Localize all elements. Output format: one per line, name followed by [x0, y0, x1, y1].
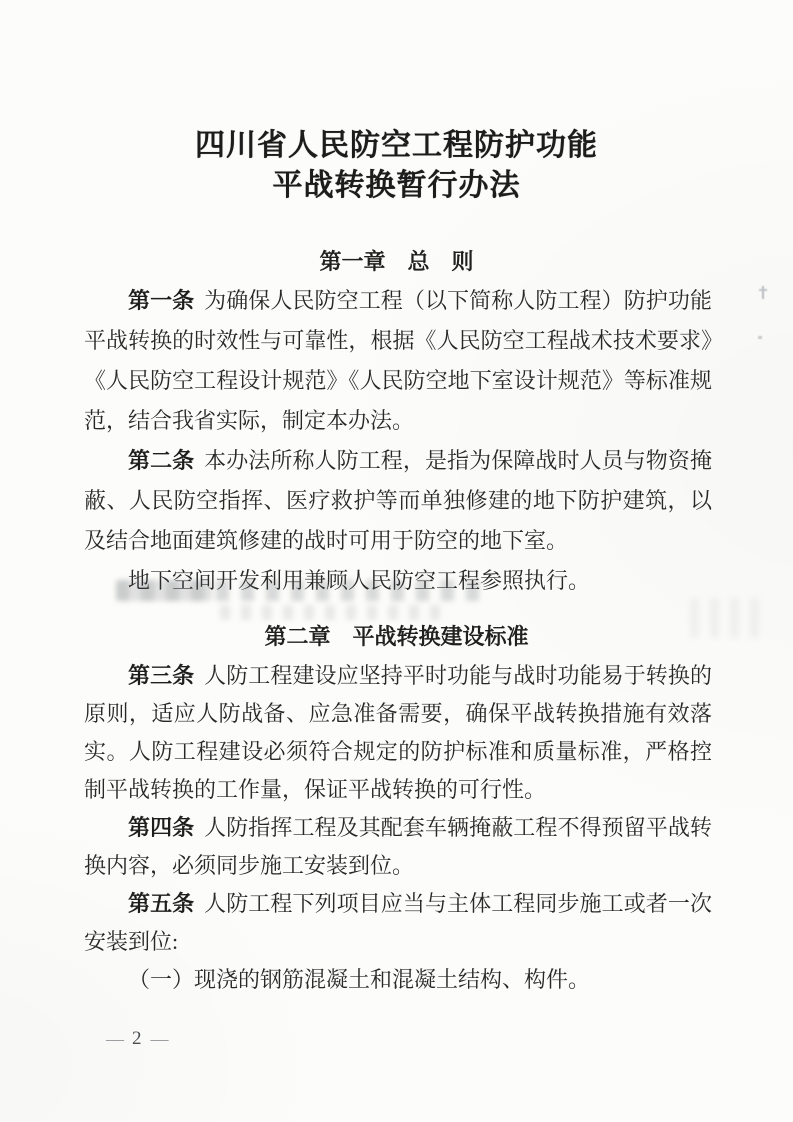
scanned-document-page: 四川省人民防空工程防护功能 平战转换暂行办法 第一章 总 则 第一条为确保人民防… [0, 0, 793, 1122]
article-2-number: 第二条 [128, 448, 194, 473]
paragraph-article-1: 第一条为确保人民防空工程（以下简称人防工程）防护功能平战转换的时效性与可靠性，根… [84, 281, 712, 441]
article-1-number: 第一条 [128, 288, 194, 313]
article-2-supplement-text: 地下空间开发利用兼顾人民防空工程参照执行。 [128, 568, 590, 593]
paragraph-article-5: 第五条人防工程下列项目应当与主体工程同步施工或者一次安装到位: [84, 885, 712, 961]
paragraph-article-2-supplement: 地下空间开发利用兼顾人民防空工程参照执行。 [84, 561, 712, 601]
item-1-text: （一）现浇的钢筋混凝土和混凝土结构、构件。 [128, 967, 590, 992]
article-5-number: 第五条 [128, 891, 194, 916]
page-number: 2 [132, 1028, 142, 1050]
paragraph-item-1: （一）现浇的钢筋混凝土和混凝土结构、构件。 [84, 961, 712, 999]
body-block-1: 第一条为确保人民防空工程（以下简称人防工程）防护功能平战转换的时效性与可靠性，根… [84, 281, 712, 601]
document-title-line-2: 平战转换暂行办法 [0, 166, 793, 206]
paragraph-article-4: 第四条人防指挥工程及其配套车辆掩蔽工程不得预留平战转换内容，必须同步施工安装到位… [84, 809, 712, 885]
document-title: 四川省人民防空工程防护功能 平战转换暂行办法 [0, 126, 793, 206]
article-3-number: 第三条 [128, 663, 194, 688]
footer-dash-right: — [151, 1028, 168, 1050]
paragraph-article-3: 第三条人防工程建设应坚持平时功能与战时功能易于转换的原则，适应人防战备、应急准备… [84, 657, 712, 809]
scan-dot-artifact [758, 336, 762, 339]
body-block-2: 第三条人防工程建设应坚持平时功能与战时功能易于转换的原则，适应人防战备、应急准备… [84, 657, 712, 999]
chapter-2-heading: 第二章 平战转换建设标准 [0, 624, 793, 650]
footer-dash-left: — [106, 1028, 123, 1050]
ink-bleed-row-2 [220, 605, 450, 620]
chapter-1-heading: 第一章 总 则 [0, 249, 793, 275]
article-4-number: 第四条 [128, 815, 194, 840]
paragraph-article-2: 第二条本办法所称人防工程，是指为保障战时人员与物资掩蔽、人民防空指挥、医疗救护等… [84, 441, 712, 561]
page-footer: — 2 — [106, 1028, 168, 1050]
document-title-line-1: 四川省人民防空工程防护功能 [0, 126, 793, 166]
scan-speck-artifact [762, 286, 764, 299]
